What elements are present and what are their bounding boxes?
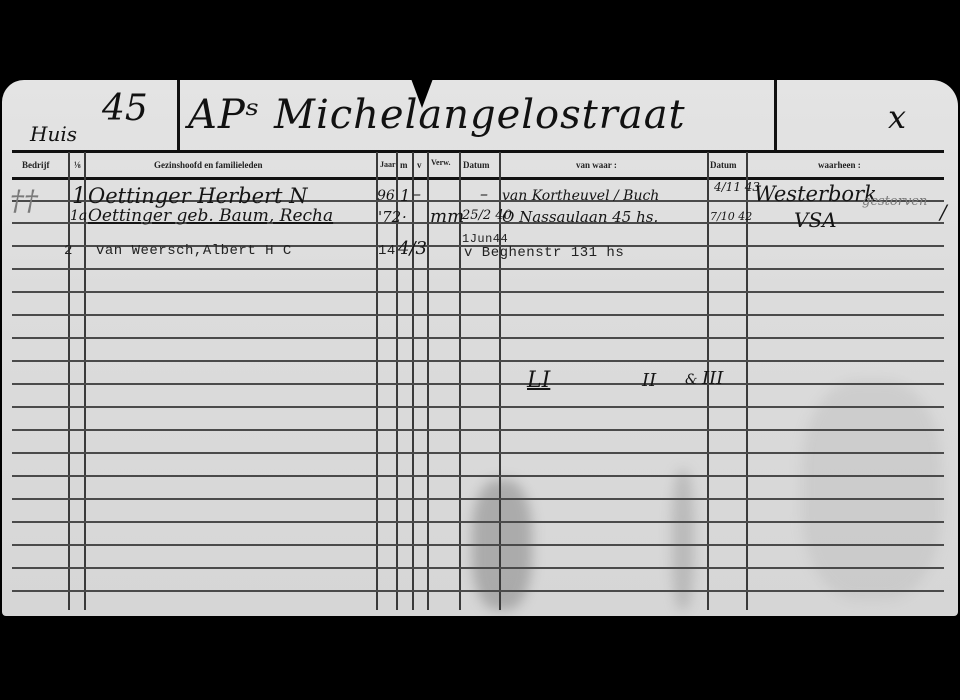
street-name: APˢ Michelangelostraat (188, 92, 686, 138)
row-number: 1a (70, 208, 87, 224)
col-header-van-waar: van waar : (576, 160, 617, 170)
annotation-left: LI (527, 368, 550, 393)
person-name: Oettinger Herbert N (88, 184, 308, 208)
annotation-mid: II (642, 370, 656, 391)
row-rule (12, 567, 944, 569)
col-header-jaar: Jaar (380, 160, 396, 169)
col-header-verw: Verw. (431, 158, 450, 167)
row-rule (12, 521, 944, 523)
row-rule (12, 406, 944, 408)
male-count: 1 (400, 186, 410, 205)
row-rule (12, 452, 944, 454)
row-rule (12, 383, 944, 385)
header-top-rule (12, 150, 944, 153)
col-header-bedrijf: Bedrijf (22, 160, 50, 170)
female-count: – (413, 184, 421, 203)
col-header-datum-in: Datum (463, 160, 490, 170)
row-rule (12, 291, 944, 293)
birth-year: '72 (378, 208, 401, 226)
row-rule (12, 268, 944, 270)
col-header-waarheen: waarheen : (818, 160, 861, 170)
origin: van Kortheuvel / Buch (502, 188, 659, 204)
origin: v Beghenstr 131 hs (464, 245, 624, 261)
marital-status: mm (430, 206, 464, 227)
title-divider-right (774, 80, 777, 150)
row-number: 1 (72, 184, 86, 209)
row-rule (12, 544, 944, 546)
person-name: Oettinger geb. Baum, Recha (88, 206, 333, 226)
col-header-v: v (417, 160, 422, 170)
corner-mark: x (888, 98, 906, 136)
col-header-gezinshoofd: Gezinshoofd en familieleden (154, 160, 263, 170)
house-number: 45 (102, 88, 148, 129)
row-rule (12, 337, 944, 339)
row-rule (12, 590, 944, 592)
arrival-date: 1Jun44 (462, 232, 508, 246)
male-count: · (402, 208, 407, 226)
annotation-amp: & (685, 372, 697, 388)
birth-date-mark: 4/3 (398, 238, 427, 259)
origin: O Nassaulaan 45 hs. (502, 208, 658, 226)
registration-card: Huis 45 APˢ Michelangelostraat x Bedrijf… (2, 80, 958, 616)
annotation-right: III (702, 368, 723, 389)
title-divider-left (177, 80, 180, 150)
row-number: 2 (64, 243, 73, 259)
header-bottom-rule (12, 177, 944, 180)
house-label: Huis (30, 122, 77, 146)
destination: Westerbork (754, 182, 877, 206)
water-stain (672, 470, 694, 610)
col-rule (427, 152, 429, 610)
row-rule (12, 360, 944, 362)
col-rule (412, 152, 414, 610)
col-header-fraction: ⅛ (74, 160, 81, 170)
row-rule (12, 475, 944, 477)
row-rule (12, 498, 944, 500)
person-name: van Weersch,Albert H C (96, 243, 292, 259)
arrival-date: – (480, 184, 488, 203)
deceased-mark: †† (10, 184, 38, 217)
departure-date: 7/10 42 (710, 210, 752, 223)
birth-year: 14 (378, 243, 396, 259)
destination-note: gestorven (862, 194, 927, 209)
col-header-m: m (400, 160, 408, 170)
col-header-datum-out: Datum (710, 160, 737, 170)
end-mark: / (940, 200, 947, 224)
row-rule (12, 314, 944, 316)
destination: VSA (794, 208, 837, 232)
row-rule (12, 429, 944, 431)
birth-year: 96 (377, 188, 395, 204)
